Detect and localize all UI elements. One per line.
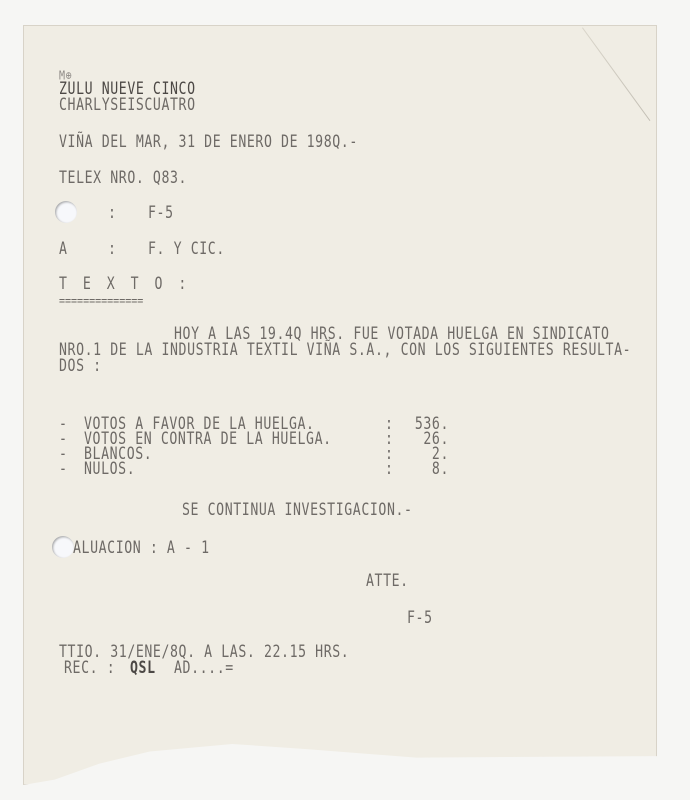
- from-value: F-5: [148, 204, 174, 223]
- body-line-3: DOS :: [59, 357, 102, 376]
- punch-hole-top: [55, 201, 77, 223]
- bullet-dash: -: [59, 460, 68, 479]
- vote-result-separator: :: [385, 460, 394, 479]
- vote-result-row: -NULOS.:8.: [59, 460, 459, 475]
- body-line-2: NRO.1 DE LA INDUSTRIA TEXTIL VIÑA S.A., …: [59, 341, 631, 360]
- vote-result-value: 8.: [399, 460, 449, 479]
- closing: ATTE.: [366, 572, 409, 591]
- text-heading: T E X T O :: [59, 275, 190, 294]
- evaluation: ALUACION : A - 1: [73, 539, 210, 558]
- vote-result-row: -VOTOS A FAVOR DE LA HUELGA.:536.: [59, 415, 459, 430]
- received-code: QSL: [130, 659, 156, 678]
- vote-result-row: -VOTOS EN CONTRA DE LA HUELGA.:26.: [59, 430, 459, 445]
- punch-hole-bottom: [52, 536, 74, 558]
- vote-result-row: -BLANCOS.:2.: [59, 445, 459, 460]
- to-value: F. Y CIC.: [148, 240, 225, 259]
- received-label: REC. :: [64, 659, 115, 678]
- text-underline: ==============: [59, 292, 143, 311]
- received-suffix: AD....=: [174, 659, 234, 678]
- telex-number: TELEX NRO. Q83.: [59, 169, 187, 188]
- vote-result-label: NULOS.: [84, 460, 135, 479]
- signature: F-5: [407, 609, 433, 628]
- continuation-note: SE CONTINUA INVESTIGACION.-: [182, 501, 413, 520]
- to-label: A: [59, 240, 68, 259]
- from-separator: :: [108, 204, 117, 223]
- to-separator: :: [108, 240, 117, 259]
- sender-line-2: CHARLYSEISCUATRO: [59, 96, 196, 115]
- place-date: VIÑA DEL MAR, 31 DE ENERO DE 198Q.-: [59, 133, 358, 152]
